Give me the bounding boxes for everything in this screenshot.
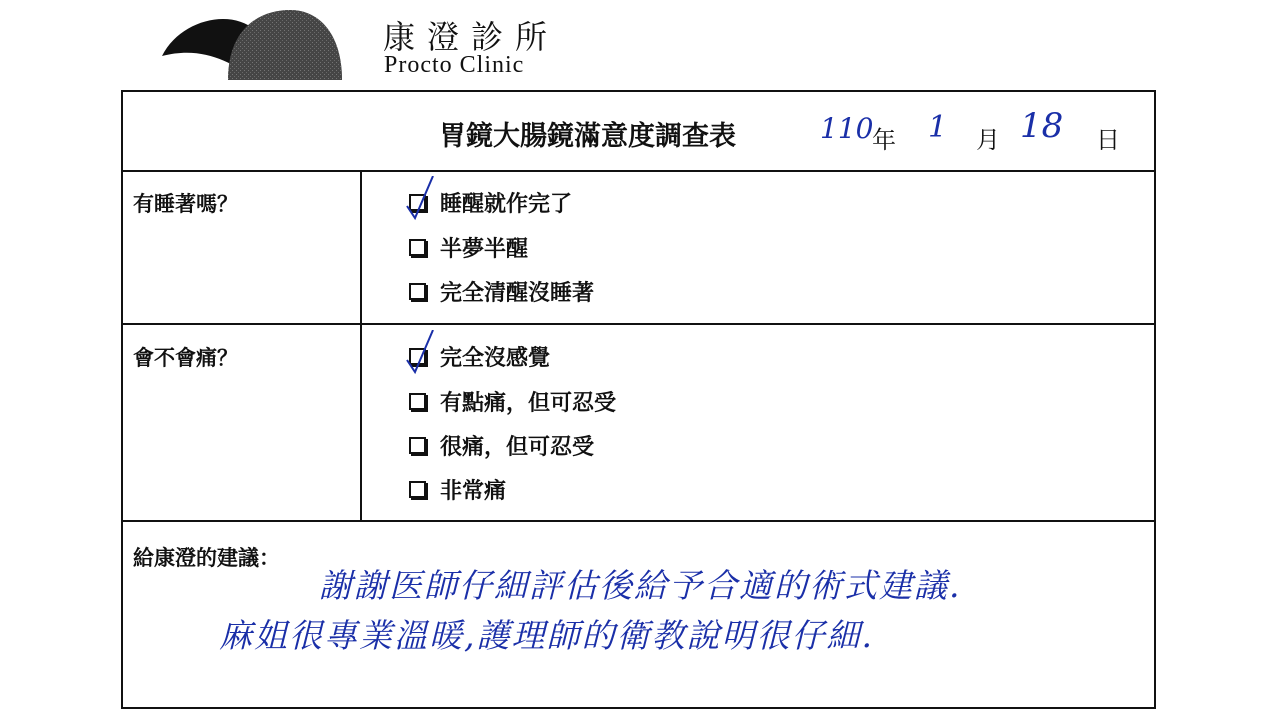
date-month-value[interactable]: 1 — [928, 110, 947, 145]
date-day-value[interactable]: 18 — [1020, 106, 1063, 146]
option-pain-slight[interactable]: 有點痛，但可忍受 — [409, 386, 616, 416]
checkbox[interactable] — [409, 437, 426, 454]
suggestion-area[interactable]: 給康澄的建議： 謝謝医師仔細評估後給予合適的術式建議. 麻姐很專業溫暖,護理師的… — [123, 522, 1154, 707]
date-day-label: 日 — [1096, 120, 1120, 155]
question-sleep: 有睡著嗎？ — [133, 188, 238, 218]
checkbox-checked[interactable] — [409, 194, 426, 211]
checkmark-icon — [405, 330, 445, 378]
clinic-logo-icon — [160, 10, 345, 82]
suggestion-label: 給康澄的建議： — [133, 542, 280, 572]
date-year-value[interactable]: 110 — [820, 112, 873, 145]
option-sleep-awake[interactable]: 完全清醒沒睡著 — [409, 276, 594, 306]
option-pain-very[interactable]: 很痛，但可忍受 — [409, 430, 594, 460]
date-month-label: 月 — [976, 120, 1000, 155]
suggestion-line-2: 麻姐很專業溫暖,護理師的衛教說明很仔細. — [219, 610, 874, 657]
option-sleep-asleep[interactable]: 睡醒就作完了 — [409, 187, 572, 217]
option-sleep-half[interactable]: 半夢半醒 — [409, 232, 528, 262]
suggestion-line-1: 謝謝医師仔細評估後給予合適的術式建議. — [319, 560, 962, 607]
option-label: 非常痛 — [440, 474, 506, 505]
divider — [123, 170, 1154, 172]
option-label: 半夢半醒 — [440, 232, 528, 263]
option-label: 有點痛，但可忍受 — [440, 386, 616, 417]
divider — [123, 323, 1154, 325]
question-pain: 會不會痛？ — [133, 342, 238, 372]
option-label: 完全清醒沒睡著 — [440, 276, 594, 307]
checkbox-checked[interactable] — [409, 348, 426, 365]
checkbox[interactable] — [409, 481, 426, 498]
date-year-label: 年 — [872, 120, 896, 155]
checkmark-icon — [405, 176, 445, 224]
checkbox[interactable] — [409, 283, 426, 300]
option-label: 很痛，但可忍受 — [440, 430, 594, 461]
checkbox[interactable] — [409, 393, 426, 410]
option-pain-none[interactable]: 完全沒感覺 — [409, 341, 550, 371]
checkbox[interactable] — [409, 239, 426, 256]
option-label: 完全沒感覺 — [440, 341, 550, 372]
clinic-name-en: Procto Clinic — [384, 52, 524, 79]
column-divider — [360, 170, 362, 522]
survey-form: 胃鏡大腸鏡滿意度調查表 110 年 1 月 18 日 有睡著嗎？ 睡醒就作完了 … — [121, 90, 1156, 709]
form-title: 胃鏡大腸鏡滿意度調查表 — [439, 114, 736, 153]
option-label: 睡醒就作完了 — [440, 187, 572, 218]
option-pain-extreme[interactable]: 非常痛 — [409, 474, 506, 504]
